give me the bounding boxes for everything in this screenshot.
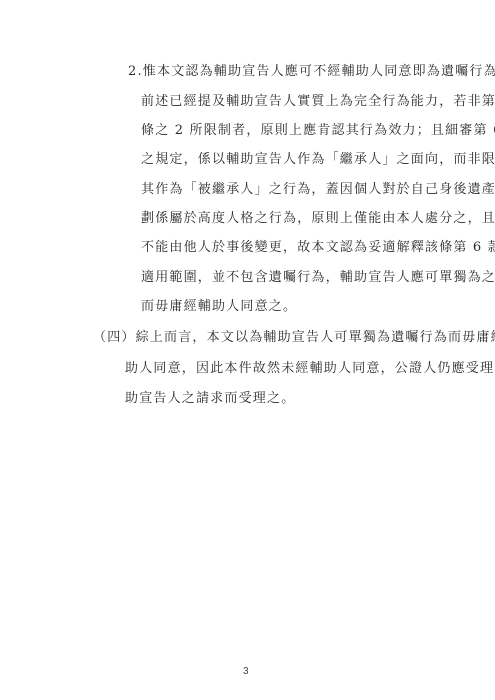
text-line: 之規定，係以輔助宣告人作為「繼承人」之面向，而非限制	[141, 152, 495, 168]
page-number: 3	[243, 666, 249, 677]
text-line: 前述已經提及輔助宣告人實質上為完全行為能力，若非第 15	[141, 94, 495, 110]
text-line: 其作為「被繼承人」之行為，蓋因個人對於自己身後遺產規	[141, 182, 495, 198]
document-page: 2.惟本文認為輔助宣告人應可不經輔助人同意即為遺囑行為， 前述已經提及輔助宣告人…	[0, 0, 495, 700]
text-line: 助宣告人之請求而受理之。	[125, 391, 295, 407]
text-line: 助人同意，因此本件故然未經輔助人同意，公證人仍應受理輔	[125, 361, 495, 377]
text-line: 劃係屬於高度人格之行為，原則上僅能由本人處分之，且亦	[141, 211, 495, 227]
text-line: （四）綜上而言，本文以為輔助宣告人可單獨為遺囑行為而毋庸經輔	[93, 330, 495, 346]
text-line: 而毋庸經輔助人同意之。	[141, 299, 297, 315]
text-line: 適用範圍，並不包含遺囑行為，輔助宣告人應可單獨為之，	[141, 270, 495, 286]
text-line: 條之 2 所限制者，原則上應肯認其行為效力；且細審第 6 款	[141, 123, 495, 139]
text-line: 2.惟本文認為輔助宣告人應可不經輔助人同意即為遺囑行為，	[128, 64, 495, 80]
text-line: 不能由他人於事後變更，故本文認為妥適解釋該條第 6 款之	[141, 240, 495, 256]
